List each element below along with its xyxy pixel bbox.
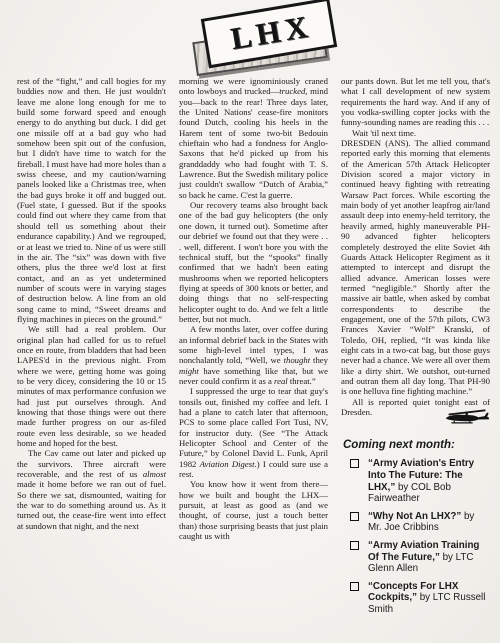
- body-text: You know how it went from there—how we b…: [179, 479, 328, 541]
- checkbox-icon: [350, 512, 359, 521]
- article-paragraph: rest of the “fight,” and call bogies for…: [17, 76, 166, 324]
- italic-text: thought: [284, 355, 311, 365]
- column-2: morning we were ignominiously craned ont…: [179, 76, 328, 637]
- checkbox-icon: [350, 459, 359, 468]
- body-text: DRESDEN (ANS). The allied command report…: [341, 138, 490, 396]
- checkbox-icon: [350, 541, 359, 550]
- coming-next-month-item: “Why Not An LHX?” by Mr. Joe Cribbins: [341, 511, 490, 534]
- column-3: our pants down. But let me tell you, tha…: [341, 76, 490, 637]
- column-1: rest of the “fight,” and call bogies for…: [17, 76, 166, 637]
- article-paragraph: DRESDEN (ANS). The allied command report…: [341, 138, 490, 397]
- italic-text: might: [179, 366, 199, 376]
- body-text: made it home before we ran out of fuel. …: [17, 479, 166, 530]
- coming-next-month-heading: Coming next month:: [343, 439, 490, 452]
- coming-next-month-item: “Concepts For LHX Cockpits,” by LTC Russ…: [341, 581, 490, 616]
- italic-text: almost: [143, 469, 166, 479]
- magazine-page: LHX rest of the “fight,” and call bogies…: [0, 0, 500, 643]
- coming-next-month-item: “Army Aviation's Entry Into The Future: …: [341, 458, 490, 504]
- article-paragraph: morning we were ignominiously craned ont…: [179, 76, 328, 200]
- body-text: Wait 'til next time.: [352, 128, 416, 138]
- body-text: Our recovery teams also brought back one…: [179, 200, 328, 324]
- coming-next-month-item: “Army Aviation Training Of The Future,” …: [341, 540, 490, 575]
- italic-text: trucked: [279, 86, 305, 96]
- body-text: I suppressed the urge to tear that guy's…: [179, 386, 328, 468]
- body-text: our pants down. But let me tell you, tha…: [341, 76, 490, 127]
- body-text: threat.”: [288, 376, 316, 386]
- lhx-logo: LHX: [194, 3, 338, 73]
- coming-next-month-list: “Army Aviation's Entry Into The Future: …: [341, 458, 490, 615]
- lhx-logo-text: LHX: [223, 8, 315, 58]
- coming-article-title: “Why Not An LHX?”: [368, 511, 464, 522]
- body-text: they: [310, 355, 328, 365]
- body-text: , mind you—back to the rear! Three days …: [179, 86, 328, 199]
- article-paragraph: A few months later, over coffee during a…: [179, 324, 328, 386]
- article-columns: rest of the “fight,” and call bogies for…: [17, 76, 490, 637]
- body-text: rest of the “fight,” and call bogies for…: [17, 76, 166, 324]
- article-paragraph: We still had a real problem. Our origina…: [17, 324, 166, 448]
- article-paragraph: I suppressed the urge to tear that guy's…: [179, 386, 328, 479]
- italic-text: real: [274, 376, 288, 386]
- body-text: We still had a real problem. Our origina…: [17, 324, 166, 448]
- article-paragraph: Our recovery teams also brought back one…: [179, 200, 328, 324]
- column-3-article: our pants down. But let me tell you, tha…: [341, 76, 490, 424]
- article-paragraph: The Cav came out later and picked up the…: [17, 448, 166, 531]
- article-paragraph: You know how it went from there—how we b…: [179, 479, 328, 541]
- article-paragraph: Wait 'til next time.: [341, 128, 490, 138]
- article-paragraph: our pants down. But let me tell you, tha…: [341, 76, 490, 128]
- checkbox-icon: [350, 582, 359, 591]
- coming-next-month-section: Coming next month: “Army Aviation's Entr…: [341, 439, 490, 615]
- italic-text: Aviation Digest: [200, 459, 255, 469]
